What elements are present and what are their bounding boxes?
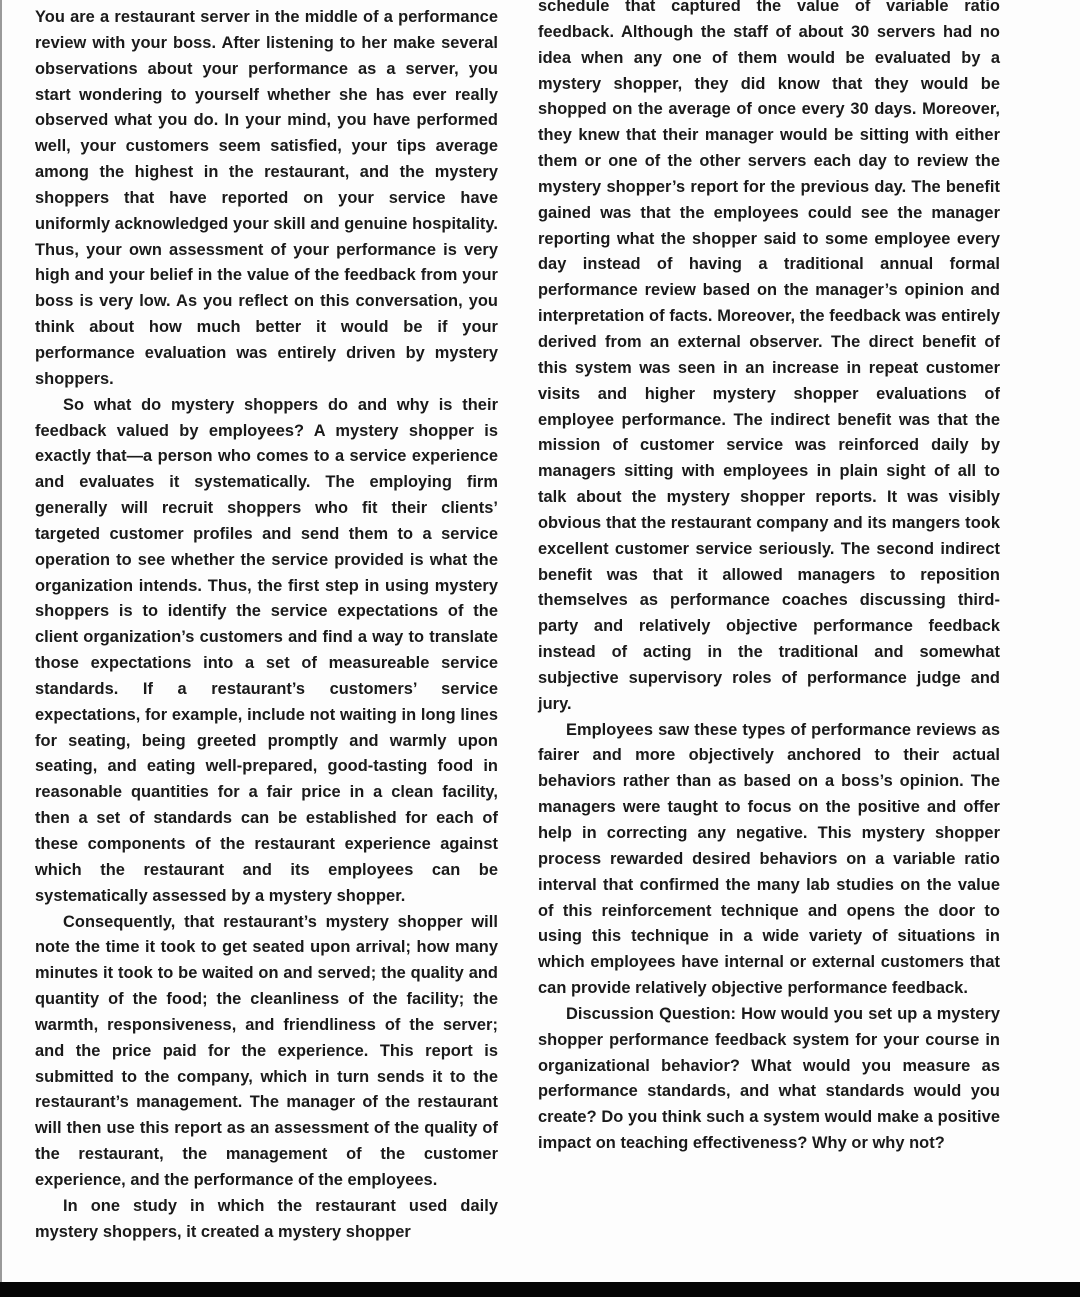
right-text-column: schedule that captured the value of vari… <box>538 0 1000 1157</box>
paragraph-schedule-continuation: schedule that captured the value of vari… <box>538 0 1000 718</box>
paragraph-discussion-question: Discussion Question: How would you set u… <box>538 1002 1000 1157</box>
discussion-question-text: How would you set up a mystery shopper p… <box>538 1005 1000 1152</box>
paragraph-consequently: Consequently, that restaurant’s mystery … <box>35 910 498 1194</box>
document-page: You are a restaurant server in the middl… <box>0 0 1080 1282</box>
bottom-black-bar <box>0 1282 1080 1297</box>
paragraph-intro: You are a restaurant server in the middl… <box>35 5 498 393</box>
paragraph-employees-saw: Employees saw these types of performance… <box>538 718 1000 1002</box>
paragraph-one-study: In one study in which the restaurant use… <box>35 1194 498 1246</box>
left-text-column: You are a restaurant server in the middl… <box>35 5 498 1246</box>
discussion-question-label: Discussion Question: <box>566 1005 736 1023</box>
paragraph-what-mystery-shoppers-do: So what do mystery shoppers do and why i… <box>35 393 498 910</box>
